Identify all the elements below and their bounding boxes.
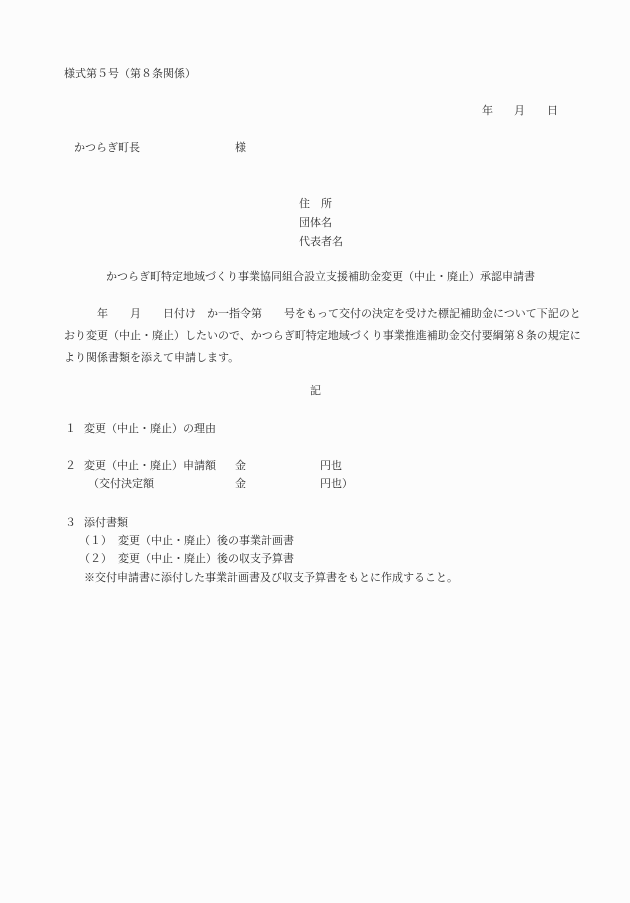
item-1-label: 変更（中止・廃止）の理由 [84,422,216,436]
organization-label: 団体名 [299,216,332,230]
item-2-currency-prefix: 金 [235,459,246,473]
date-day-label: 日 [547,104,558,118]
representative-label: 代表者名 [299,235,343,249]
body-paragraph: 年 月 日付け か一指令第 号をもって交付の決定を受けた標記補助金について下記の… [64,303,574,369]
addressee-honorific: 様 [235,141,246,155]
attachment-note: ※交付申請書に添付した事業計画書及び収支予算書をもとに作成すること。 [84,571,458,585]
body-line-3: より関係書類を添えて申請します。 [64,347,574,369]
granted-amount-currency-suffix: 円也） [320,477,353,491]
item-3-number: ３ [65,516,76,530]
item-2-label: 変更（中止・廃止）申請額 [84,459,216,473]
body-line-2: おり変更（中止・廃止）したいので、かつらぎ町特定地域づくり事業推進補助金交付要綱… [64,325,574,347]
form-number: 様式第５号（第８条関係） [64,67,196,81]
date-month-label: 月 [514,104,525,118]
attachment-label: 変更（中止・廃止）後の収支予算書 [118,552,294,566]
body-line-1: 年 月 日付け か一指令第 号をもって交付の決定を受けた標記補助金について下記の… [64,303,574,325]
document-title: かつらぎ町特定地域づくり事業協同組合設立支援補助金変更（中止・廃止）承認申請書 [106,270,535,284]
ki-heading: 記 [310,384,321,398]
item-3-label: 添付書類 [84,516,128,530]
item-2-number: ２ [65,459,76,473]
addressee-name: かつらぎ町長 [74,141,140,155]
date-year-label: 年 [482,104,493,118]
attachment-number: （１） [79,534,112,548]
item-1-number: １ [65,422,76,436]
granted-amount-currency-prefix: 金 [235,477,246,491]
attachment-label: 変更（中止・廃止）後の事業計画書 [118,534,294,548]
granted-amount-label: （交付決定額 [88,477,154,491]
item-2-currency-suffix: 円也 [320,459,342,473]
address-label: 住 所 [299,197,332,211]
attachment-number: （２） [79,552,112,566]
